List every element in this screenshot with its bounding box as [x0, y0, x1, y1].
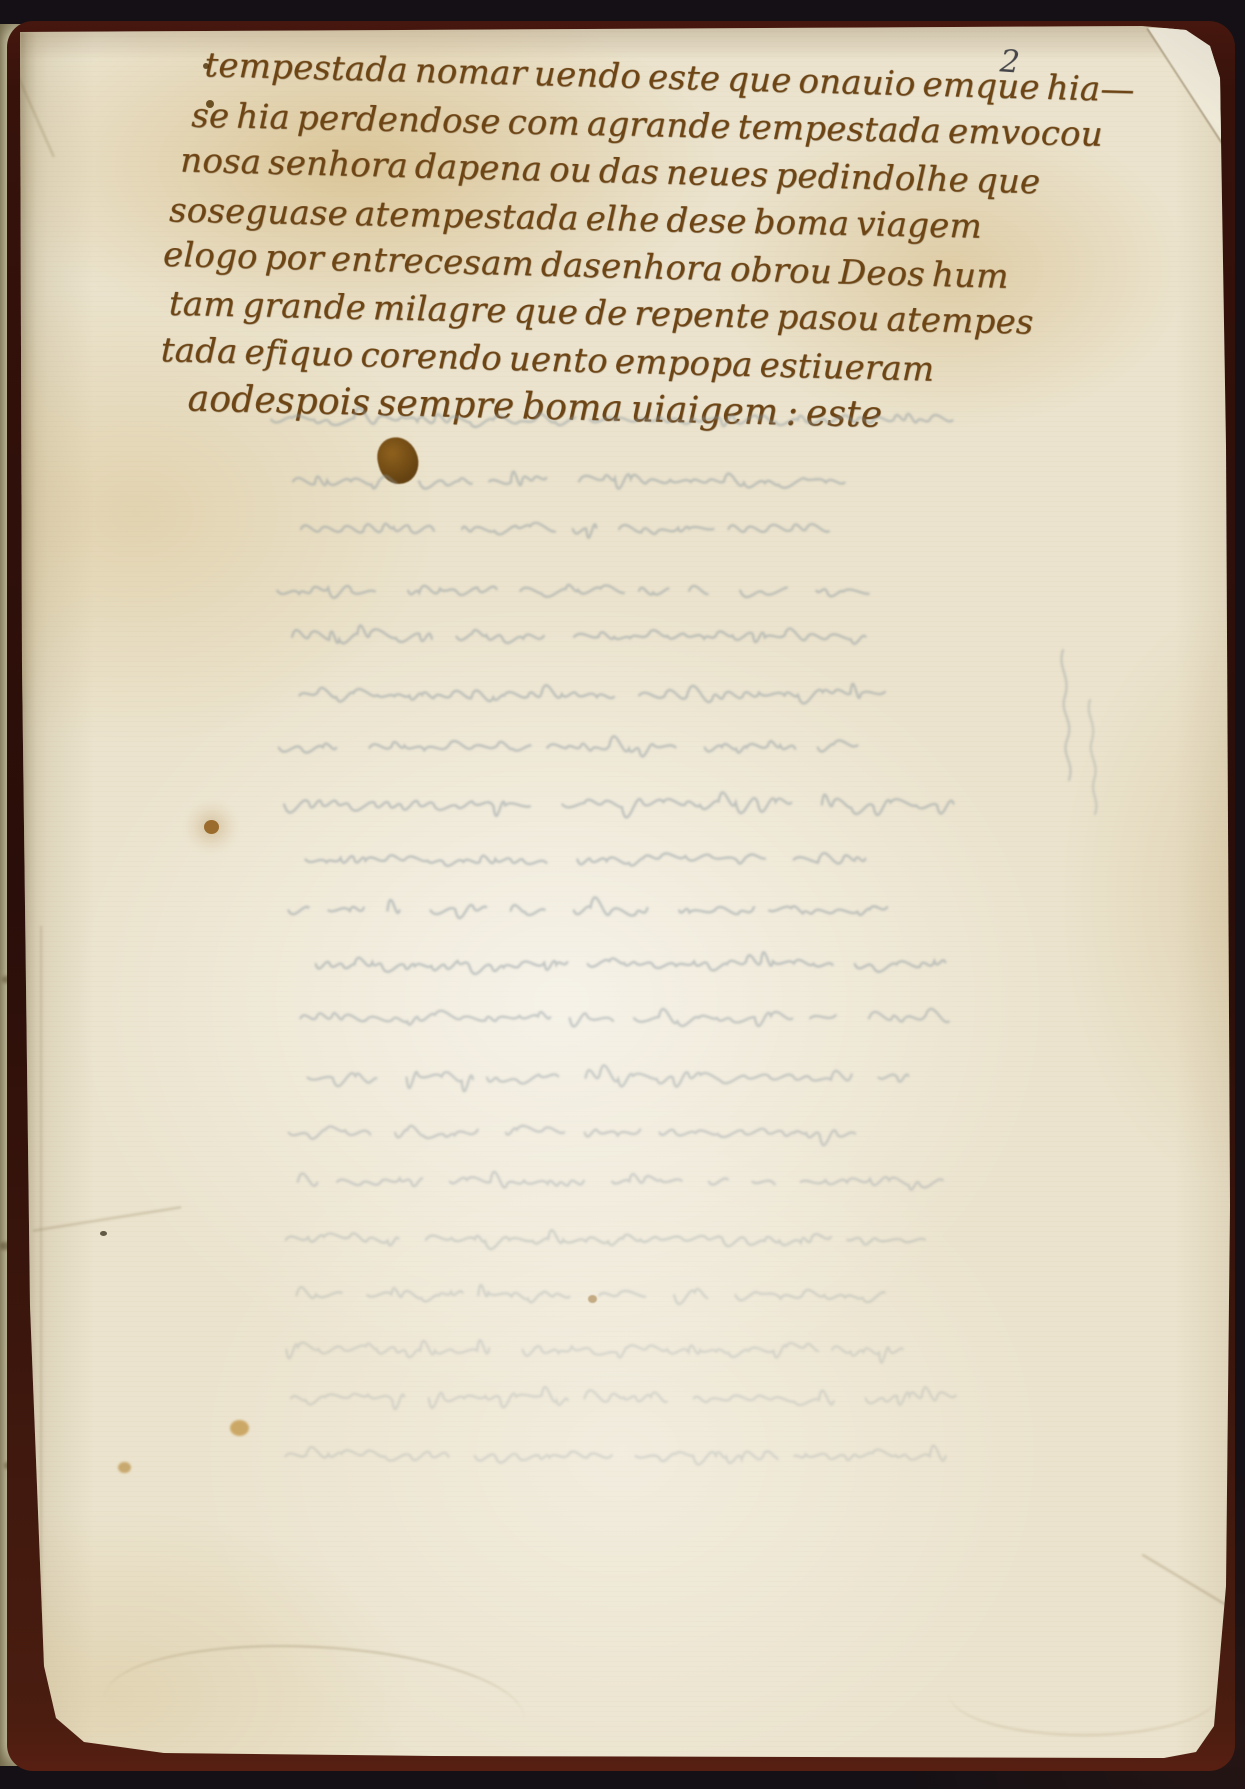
foxing-spot — [118, 1462, 131, 1473]
manuscript-photograph: 2 tempestada nomar uendo este que onauio… — [0, 0, 1245, 1789]
foxing-spot — [230, 1420, 249, 1436]
manuscript-page: 2 tempestada nomar uendo este que onauio… — [14, 26, 1230, 1766]
foxing-spot — [588, 1295, 597, 1303]
dark-speck — [100, 1231, 107, 1236]
ink-speck — [203, 63, 209, 69]
handwritten-line: aodespois sempre boma uiaigem : este — [187, 378, 883, 435]
foxing-spot — [204, 820, 219, 834]
ink-speck — [206, 100, 214, 108]
handwritten-text-block: tempestada nomar uendo este que onauio e… — [0, 22, 1230, 1789]
